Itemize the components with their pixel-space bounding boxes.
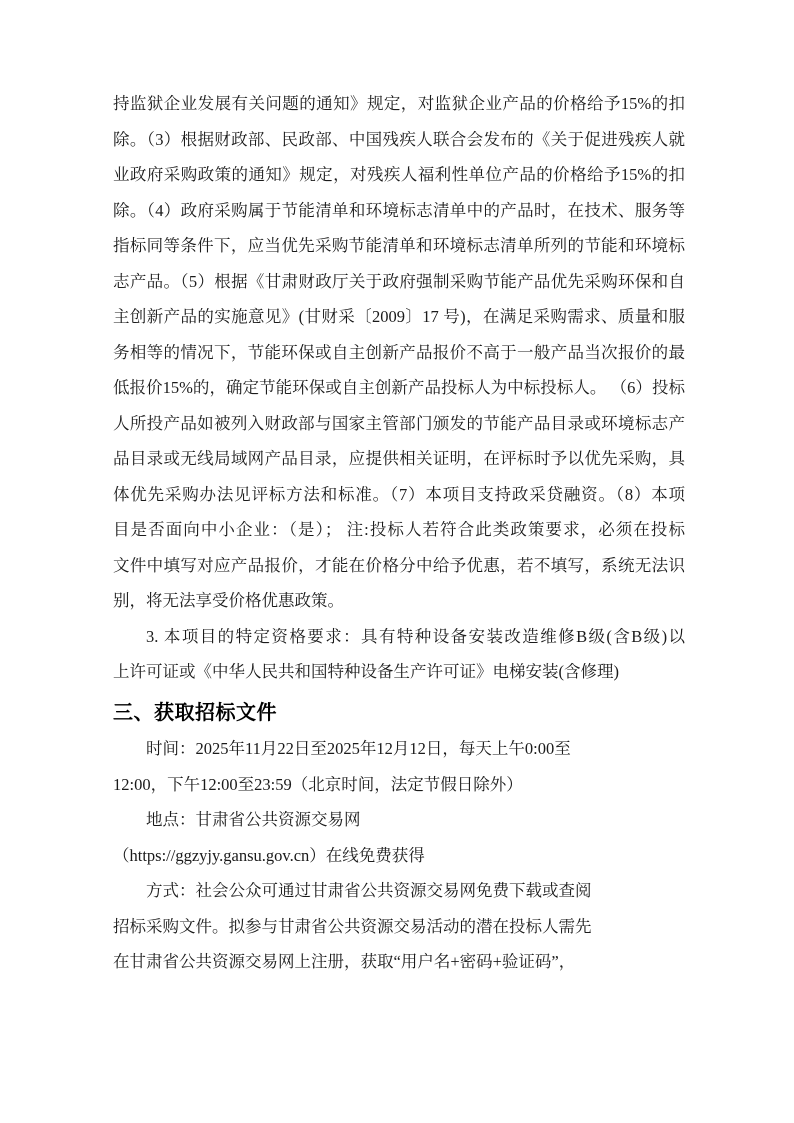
location-paragraph: 地点：甘肃省公共资源交易网 （https://ggzyjy.gansu.gov.… xyxy=(113,802,685,873)
policy-line: 业政府采购政策的通知》规定，对残疾人福利性单位产品的价格给予15%的扣 xyxy=(113,157,685,193)
policy-line: 文件中填写对应产品报价，才能在价格分中给予优惠，若不填写，系统无法识 xyxy=(113,548,685,584)
method-line: 方式：社会公众可通过甘肃省公共资源交易网免费下载或查阅 xyxy=(113,873,685,909)
method-line: 在甘肃省公共资源交易网上注册，获取“用户名+密码+验证码”， xyxy=(113,944,685,980)
document-page: 持监狱企业发展有关问题的通知》规定，对监狱企业产品的价格给予15%的扣 除。（3… xyxy=(0,0,794,1123)
policy-line: 低报价15%的，确定节能环保或自主创新产品投标人为中标投标人。 （6）投标 xyxy=(113,370,685,406)
qualification-line: 3. 本项目的特定资格要求：具有特种设备安装改造维修B级(含B级)以 xyxy=(113,619,685,655)
policy-line: 指标同等条件下，应当优先采购节能清单和环境标志清单所列的节能和环境标 xyxy=(113,228,685,264)
policy-line: 体优先采购办法见评标方法和标准。（7）本项目支持政采贷融资。（8）本项 xyxy=(113,477,685,513)
document-body: 持监狱企业发展有关问题的通知》规定，对监狱企业产品的价格给予15%的扣 除。（3… xyxy=(113,86,685,980)
policy-line: 主创新产品的实施意见》(甘财采〔2009〕17 号)，在满足采购需求、质量和服 xyxy=(113,299,685,335)
policy-line: 人所投产品如被列入财政部与国家主管部门颁发的节能产品目录或环境标志产 xyxy=(113,406,685,442)
method-line: 招标采购文件。拟参与甘肃省公共资源交易活动的潜在投标人需先 xyxy=(113,909,685,945)
time-line: 12:00，下午12:00至23:59（北京时间，法定节假日除外） xyxy=(113,767,685,803)
location-line: （https://ggzyjy.gansu.gov.cn）在线免费获得 xyxy=(113,838,685,874)
time-paragraph: 时间：2025年11月22日至2025年12月12日，每天上午0:00至 12:… xyxy=(113,731,685,802)
policy-line: 别，将无法享受价格优惠政策。 xyxy=(113,583,685,619)
location-line: 地点：甘肃省公共资源交易网 xyxy=(113,802,685,838)
policy-line: 目是否面向中小企业：（是）； 注:投标人若符合此类政策要求，必须在投标 xyxy=(113,512,685,548)
qualification-paragraph: 3. 本项目的特定资格要求：具有特种设备安装改造维修B级(含B级)以 上许可证或… xyxy=(113,619,685,690)
policy-line: 务相等的情况下，节能环保或自主创新产品报价不高于一般产品当次报价的最 xyxy=(113,335,685,371)
policy-line: 志产品。（5）根据《甘肃财政厅关于政府强制采购节能产品优先采购环保和自 xyxy=(113,264,685,300)
policy-line: 除。（3）根据财政部、民政部、中国残疾人联合会发布的《关于促进残疾人就 xyxy=(113,122,685,158)
method-paragraph: 方式：社会公众可通过甘肃省公共资源交易网免费下载或查阅 招标采购文件。拟参与甘肃… xyxy=(113,873,685,980)
policy-line: 除。（4）政府采购属于节能清单和环境标志清单中的产品时，在技术、服务等 xyxy=(113,193,685,229)
section-heading: 三、获取招标文件 xyxy=(113,696,685,732)
policy-paragraph: 持监狱企业发展有关问题的通知》规定，对监狱企业产品的价格给予15%的扣 除。（3… xyxy=(113,86,685,619)
qualification-line: 上许可证或《中华人民共和国特种设备生产许可证》电梯安装(含修理) xyxy=(113,654,685,690)
policy-line: 品目录或无线局域网产品目录，应提供相关证明，在评标时予以优先采购，具 xyxy=(113,441,685,477)
time-line: 时间：2025年11月22日至2025年12月12日，每天上午0:00至 xyxy=(113,731,685,767)
policy-line: 持监狱企业发展有关问题的通知》规定，对监狱企业产品的价格给予15%的扣 xyxy=(113,86,685,122)
